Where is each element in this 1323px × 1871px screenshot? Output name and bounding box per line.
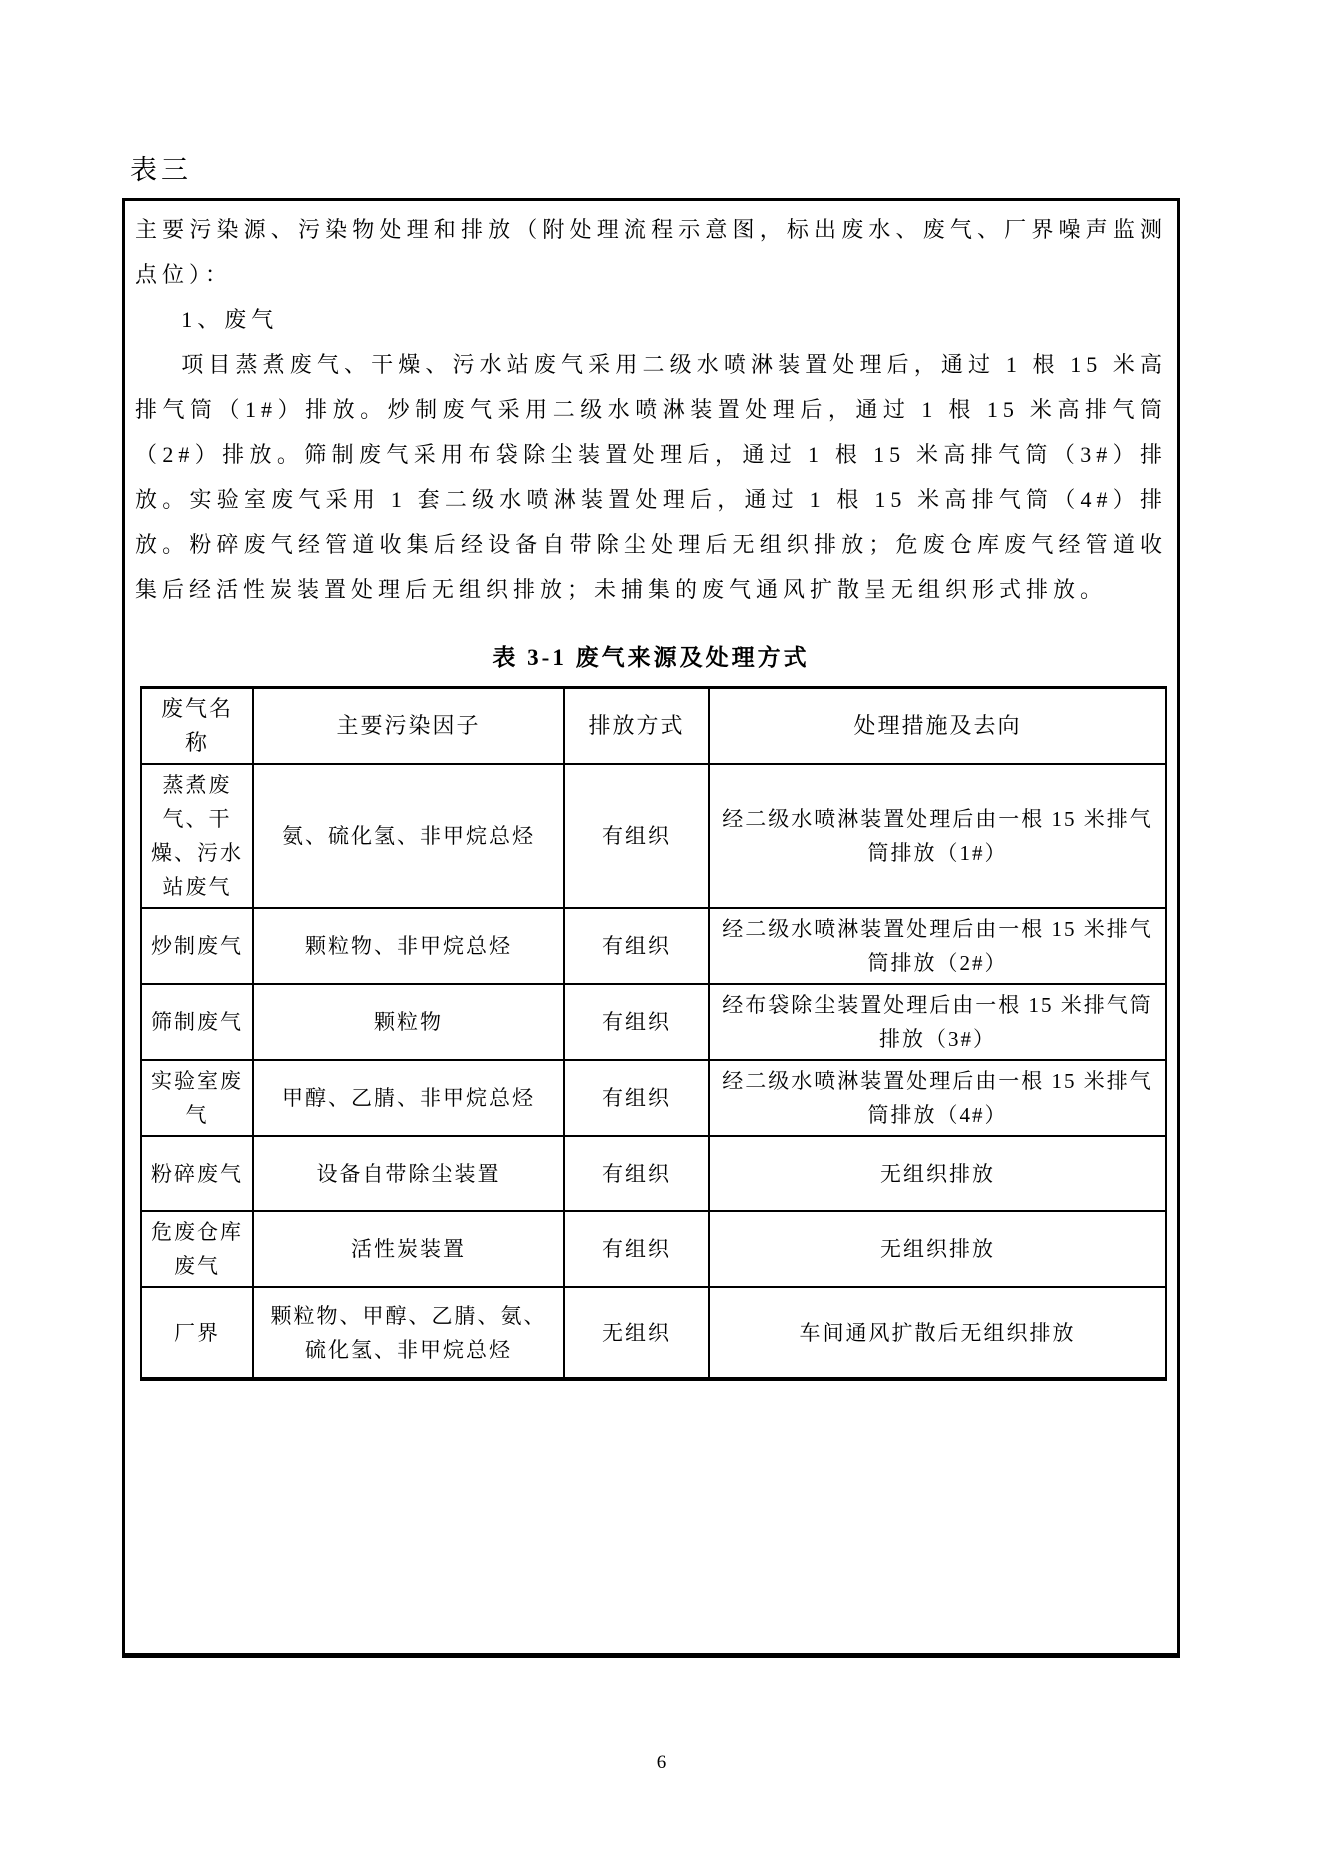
table-row: 危废仓库废气活性炭装置有组织无组织排放 (141, 1211, 1166, 1287)
cell-pollutants: 颗粒物、非甲烷总烃 (253, 908, 564, 984)
cell-mode: 有组织 (564, 1060, 709, 1136)
cell-pollutants: 甲醇、乙腈、非甲烷总烃 (253, 1060, 564, 1136)
cell-name: 粉碎废气 (141, 1136, 253, 1211)
table-header-row: 废气名称 主要污染因子 排放方式 处理措施及去向 (141, 688, 1166, 765)
cell-pollutants: 颗粒物 (253, 984, 564, 1060)
cell-name: 危废仓库废气 (141, 1211, 253, 1287)
cell-name: 筛制废气 (141, 984, 253, 1060)
cell-mode: 有组织 (564, 908, 709, 984)
page-number: 6 (0, 1752, 1323, 1774)
table-row: 筛制废气颗粒物有组织经布袋除尘装置处理后由一根 15 米排气筒排放（3#） (141, 984, 1166, 1060)
table-row: 炒制废气颗粒物、非甲烷总烃有组织经二级水喷淋装置处理后由一根 15 米排气筒排放… (141, 908, 1166, 984)
table-row: 粉碎废气设备自带除尘装置有组织无组织排放 (141, 1136, 1166, 1211)
column-header-treatment: 处理措施及去向 (709, 688, 1166, 765)
cell-name: 炒制废气 (141, 908, 253, 984)
cell-mode: 有组织 (564, 984, 709, 1060)
cell-name: 实验室废气 (141, 1060, 253, 1136)
table-row: 厂界颗粒物、甲醇、乙腈、氨、硫化氢、非甲烷总烃无组织车间通风扩散后无组织排放 (141, 1287, 1166, 1379)
cell-pollutants: 氨、硫化氢、非甲烷总烃 (253, 764, 564, 908)
table-row: 实验室废气甲醇、乙腈、非甲烷总烃有组织经二级水喷淋装置处理后由一根 15 米排气… (141, 1060, 1166, 1136)
cell-treatment: 无组织排放 (709, 1136, 1166, 1211)
table-title: 表 3-1 废气来源及处理方式 (135, 642, 1167, 674)
content-box: 主要污染源、污染物处理和排放（附处理流程示意图，标出废水、废气、厂界噪声监测点位… (122, 198, 1180, 1658)
cell-mode: 无组织 (564, 1287, 709, 1379)
body-paragraph: 项目蒸煮废气、干燥、污水站废气采用二级水喷淋装置处理后，通过 1 根 15 米高… (135, 342, 1167, 612)
cell-treatment: 经二级水喷淋装置处理后由一根 15 米排气筒排放（2#） (709, 908, 1166, 984)
waste-gas-table: 废气名称 主要污染因子 排放方式 处理措施及去向 蒸煮废气、干燥、污水站废气氨、… (140, 686, 1167, 1381)
table-row: 蒸煮废气、干燥、污水站废气氨、硫化氢、非甲烷总烃有组织经二级水喷淋装置处理后由一… (141, 764, 1166, 908)
cell-mode: 有组织 (564, 1136, 709, 1211)
column-header-emission-mode: 排放方式 (564, 688, 709, 765)
cell-mode: 有组织 (564, 764, 709, 908)
cell-treatment: 经布袋除尘装置处理后由一根 15 米排气筒排放（3#） (709, 984, 1166, 1060)
cell-name: 厂界 (141, 1287, 253, 1379)
column-header-pollutants: 主要污染因子 (253, 688, 564, 765)
cell-name: 蒸煮废气、干燥、污水站废气 (141, 764, 253, 908)
cell-treatment: 车间通风扩散后无组织排放 (709, 1287, 1166, 1379)
cell-pollutants: 活性炭装置 (253, 1211, 564, 1287)
column-header-gas-name: 废气名称 (141, 688, 253, 765)
cell-treatment: 经二级水喷淋装置处理后由一根 15 米排气筒排放（4#） (709, 1060, 1166, 1136)
cell-treatment: 无组织排放 (709, 1211, 1166, 1287)
page-label: 表三 (130, 146, 192, 194)
intro-paragraph: 主要污染源、污染物处理和排放（附处理流程示意图，标出废水、废气、厂界噪声监测点位… (135, 207, 1167, 297)
section-heading: 1、废气 (135, 297, 1167, 342)
cell-treatment: 经二级水喷淋装置处理后由一根 15 米排气筒排放（1#） (709, 764, 1166, 908)
cell-pollutants: 设备自带除尘装置 (253, 1136, 564, 1211)
cell-pollutants: 颗粒物、甲醇、乙腈、氨、硫化氢、非甲烷总烃 (253, 1287, 564, 1379)
cell-mode: 有组织 (564, 1211, 709, 1287)
